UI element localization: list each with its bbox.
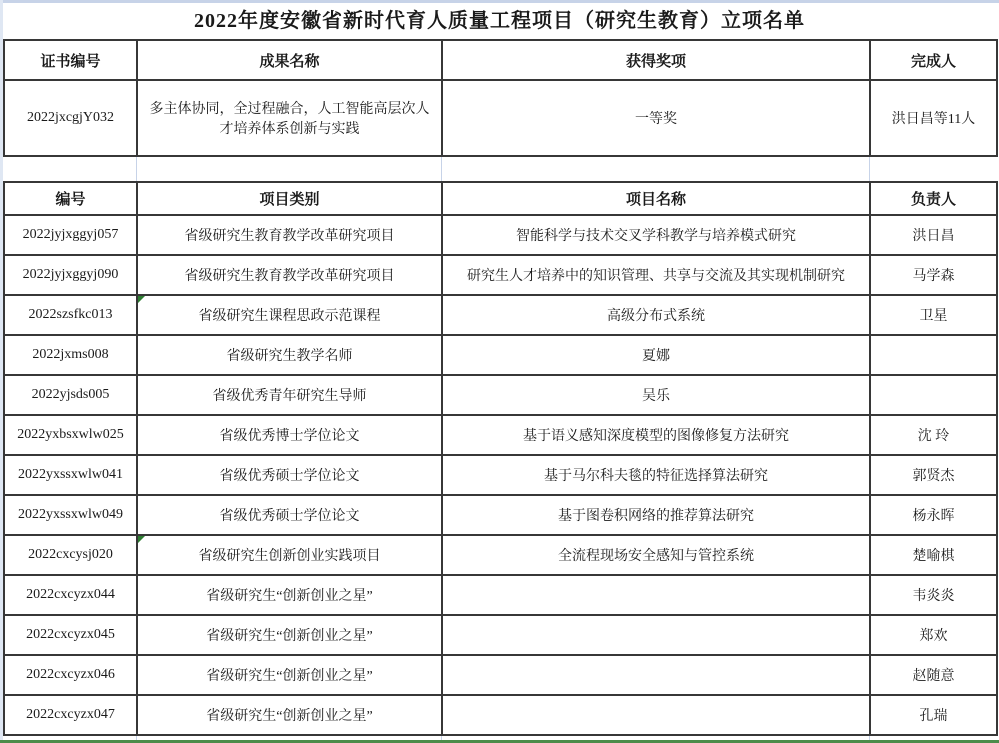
gridline [869, 157, 870, 181]
project-category-cell[interactable]: 省级研究生“创新创业之星” [137, 615, 442, 655]
project-leader-cell[interactable]: 楚喻棋 [870, 535, 997, 575]
project-leader-cell[interactable]: 沈 玲 [870, 415, 997, 455]
project-leader-cell[interactable]: 郭贤杰 [870, 455, 997, 495]
project-category-cell[interactable]: 省级研究生“创新创业之星” [137, 695, 442, 735]
gridline [441, 157, 442, 181]
blank-separator-row [3, 157, 996, 181]
project-leader-cell[interactable] [870, 375, 997, 415]
projects-header-category[interactable]: 项目类别 [137, 182, 442, 215]
table-row: 2022yxssxwlw041 省级优秀硕士学位论文 基于马尔科夫毯的特征选择算… [4, 455, 997, 495]
project-leader-cell[interactable]: 杨永晖 [870, 495, 997, 535]
cert-id-cell[interactable]: 2022jxcgjY032 [4, 80, 137, 156]
project-id-cell[interactable]: 2022jxms008 [4, 335, 137, 375]
table-row: 2022cxcyzx046 省级研究生“创新创业之星” 赵随意 [4, 655, 997, 695]
project-id-cell[interactable]: 2022cxcysj020 [4, 535, 137, 575]
project-id-cell[interactable]: 2022cxcyzx047 [4, 695, 137, 735]
table-row: 2022szsfkc013 省级研究生课程思政示范课程 高级分布式系统 卫星 [4, 295, 997, 335]
table-row: 2022cxcysj020 省级研究生创新创业实践项目 全流程现场安全感知与管控… [4, 535, 997, 575]
project-category-cell[interactable]: 省级优秀硕士学位论文 [137, 455, 442, 495]
project-id-cell[interactable]: 2022yxssxwlw041 [4, 455, 137, 495]
page-title: 2022年度安徽省新时代育人质量工程项目（研究生教育）立项名单 [3, 3, 996, 39]
table-row: 2022yxbsxwlw025 省级优秀博士学位论文 基于语义感知深度模型的图像… [4, 415, 997, 455]
project-category-cell[interactable]: 省级研究生创新创业实践项目 [137, 535, 442, 575]
awards-header-cert-id[interactable]: 证书编号 [4, 40, 137, 80]
projects-header-name[interactable]: 项目名称 [442, 182, 870, 215]
project-leader-cell[interactable]: 卫星 [870, 295, 997, 335]
project-name-cell[interactable]: 夏娜 [442, 335, 870, 375]
project-leader-cell[interactable]: 马学森 [870, 255, 997, 295]
awards-header-award[interactable]: 获得奖项 [442, 40, 870, 80]
project-name-cell[interactable]: 基于图卷积网络的推荐算法研究 [442, 495, 870, 535]
project-id-cell[interactable]: 2022jyjxggyj057 [4, 215, 137, 255]
project-category-cell[interactable]: 省级研究生教学名师 [137, 335, 442, 375]
project-category-cell[interactable]: 省级优秀硕士学位论文 [137, 495, 442, 535]
project-id-cell[interactable]: 2022jyjxggyj090 [4, 255, 137, 295]
projects-header-row: 编号 项目类别 项目名称 负责人 [4, 182, 997, 215]
project-id-cell[interactable]: 2022yxbsxwlw025 [4, 415, 137, 455]
awards-table: 证书编号 成果名称 获得奖项 完成人 2022jxcgjY032 多主体协同，全… [3, 39, 998, 157]
project-name-cell[interactable]: 全流程现场安全感知与管控系统 [442, 535, 870, 575]
table-row: 2022cxcyzx044 省级研究生“创新创业之星” 韦炎炎 [4, 575, 997, 615]
awards-header-people[interactable]: 完成人 [870, 40, 997, 80]
project-id-cell[interactable]: 2022yjsds005 [4, 375, 137, 415]
project-name-cell[interactable]: 基于马尔科夫毯的特征选择算法研究 [442, 455, 870, 495]
project-name-cell[interactable]: 研究生人才培养中的知识管理、共享与交流及其实现机制研究 [442, 255, 870, 295]
table-row: 2022cxcyzx047 省级研究生“创新创业之星” 孔瑞 [4, 695, 997, 735]
error-flag-icon [138, 536, 145, 543]
project-leader-cell[interactable]: 韦炎炎 [870, 575, 997, 615]
project-leader-cell[interactable]: 赵随意 [870, 655, 997, 695]
project-category-text: 省级研究生创新创业实践项目 [199, 549, 381, 564]
table-row: 2022cxcyzx045 省级研究生“创新创业之星” 郑欢 [4, 615, 997, 655]
project-category-cell[interactable]: 省级研究生“创新创业之星” [137, 655, 442, 695]
project-name-cell[interactable]: 基于语义感知深度模型的图像修复方法研究 [442, 415, 870, 455]
awards-header-row: 证书编号 成果名称 获得奖项 完成人 [4, 40, 997, 80]
project-id-cell[interactable]: 2022cxcyzx045 [4, 615, 137, 655]
projects-table: 编号 项目类别 项目名称 负责人 2022jyjxggyj057 省级研究生教育… [3, 181, 998, 736]
table-row: 2022jyjxggyj057 省级研究生教育教学改革研究项目 智能科学与技术交… [4, 215, 997, 255]
project-leader-cell[interactable] [870, 335, 997, 375]
project-leader-cell[interactable]: 郑欢 [870, 615, 997, 655]
gridline [136, 157, 137, 181]
error-flag-icon [138, 296, 145, 303]
project-leader-cell[interactable]: 孔瑞 [870, 695, 997, 735]
award-cell[interactable]: 一等奖 [442, 80, 870, 156]
table-row: 2022yjsds005 省级优秀青年研究生导师 吴乐 [4, 375, 997, 415]
table-row: 2022yxssxwlw049 省级优秀硕士学位论文 基于图卷积网络的推荐算法研… [4, 495, 997, 535]
project-leader-cell[interactable]: 洪日昌 [870, 215, 997, 255]
project-id-cell[interactable]: 2022yxssxwlw049 [4, 495, 137, 535]
people-cell[interactable]: 洪日昌等11人 [870, 80, 997, 156]
project-name-cell[interactable] [442, 695, 870, 735]
project-name-cell[interactable] [442, 615, 870, 655]
project-category-cell[interactable]: 省级优秀博士学位论文 [137, 415, 442, 455]
project-category-cell[interactable]: 省级研究生教育教学改革研究项目 [137, 215, 442, 255]
project-category-cell[interactable]: 省级研究生课程思政示范课程 [137, 295, 442, 335]
project-name-cell[interactable]: 智能科学与技术交叉学科教学与培养模式研究 [442, 215, 870, 255]
project-category-cell[interactable]: 省级研究生“创新创业之星” [137, 575, 442, 615]
project-name-cell[interactable] [442, 655, 870, 695]
table-row: 2022jxcgjY032 多主体协同，全过程融合，人工智能高层次人才培养体系创… [4, 80, 997, 156]
project-name-cell[interactable] [442, 575, 870, 615]
spreadsheet-area: 2022年度安徽省新时代育人质量工程项目（研究生教育）立项名单 证书编号 成果名… [3, 3, 996, 743]
project-id-cell[interactable]: 2022szsfkc013 [4, 295, 137, 335]
projects-header-id[interactable]: 编号 [4, 182, 137, 215]
projects-header-leader[interactable]: 负责人 [870, 182, 997, 215]
project-category-text: 省级研究生课程思政示范课程 [199, 309, 381, 324]
project-id-cell[interactable]: 2022cxcyzx046 [4, 655, 137, 695]
project-name-cell[interactable]: 吴乐 [442, 375, 870, 415]
project-name-cell[interactable]: 高级分布式系统 [442, 295, 870, 335]
project-id-cell[interactable]: 2022cxcyzx044 [4, 575, 137, 615]
achievement-name-cell[interactable]: 多主体协同，全过程融合，人工智能高层次人才培养体系创新与实践 [137, 80, 442, 156]
project-category-cell[interactable]: 省级研究生教育教学改革研究项目 [137, 255, 442, 295]
project-category-cell[interactable]: 省级优秀青年研究生导师 [137, 375, 442, 415]
table-row: 2022jyjxggyj090 省级研究生教育教学改革研究项目 研究生人才培养中… [4, 255, 997, 295]
table-row: 2022jxms008 省级研究生教学名师 夏娜 [4, 335, 997, 375]
awards-header-achievement-name[interactable]: 成果名称 [137, 40, 442, 80]
